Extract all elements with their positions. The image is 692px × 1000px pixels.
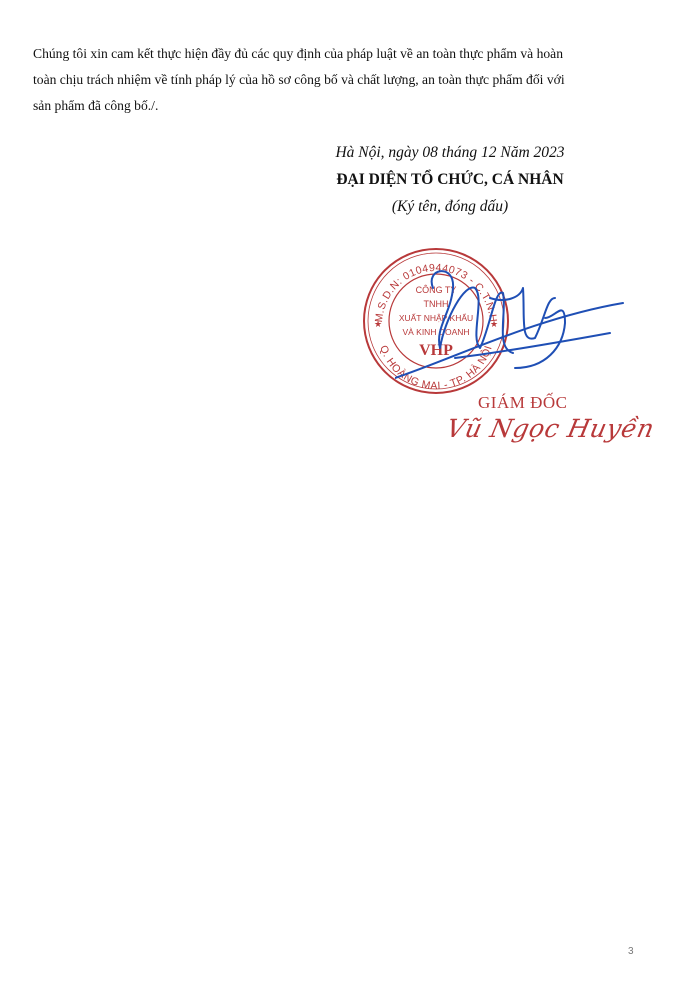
representative-heading: ĐẠI DIỆN TỔ CHỨC, CÁ NHÂN <box>0 171 692 189</box>
signer-title: GIÁM ĐỐC <box>478 393 567 413</box>
svg-text:★: ★ <box>374 319 382 329</box>
page-number: 3 <box>628 946 634 957</box>
place-date: Hà Nội, ngày 08 tháng 12 Năm 2023 <box>0 144 692 162</box>
handwritten-signature-icon <box>395 258 625 388</box>
commitment-line-3: sản phẩm đã công bố./. <box>33 93 663 119</box>
commitment-line-1: Chúng tôi xin cam kết thực hiện đầy đủ c… <box>33 41 663 67</box>
sign-instruction: (Ký tên, đóng dấu) <box>0 198 692 216</box>
signer-name: Vũ Ngọc Huyền <box>444 414 657 443</box>
commitment-line-2: toàn chịu trách nhiệm về tính pháp lý củ… <box>33 67 663 93</box>
commitment-paragraph: Chúng tôi xin cam kết thực hiện đầy đủ c… <box>33 41 663 119</box>
